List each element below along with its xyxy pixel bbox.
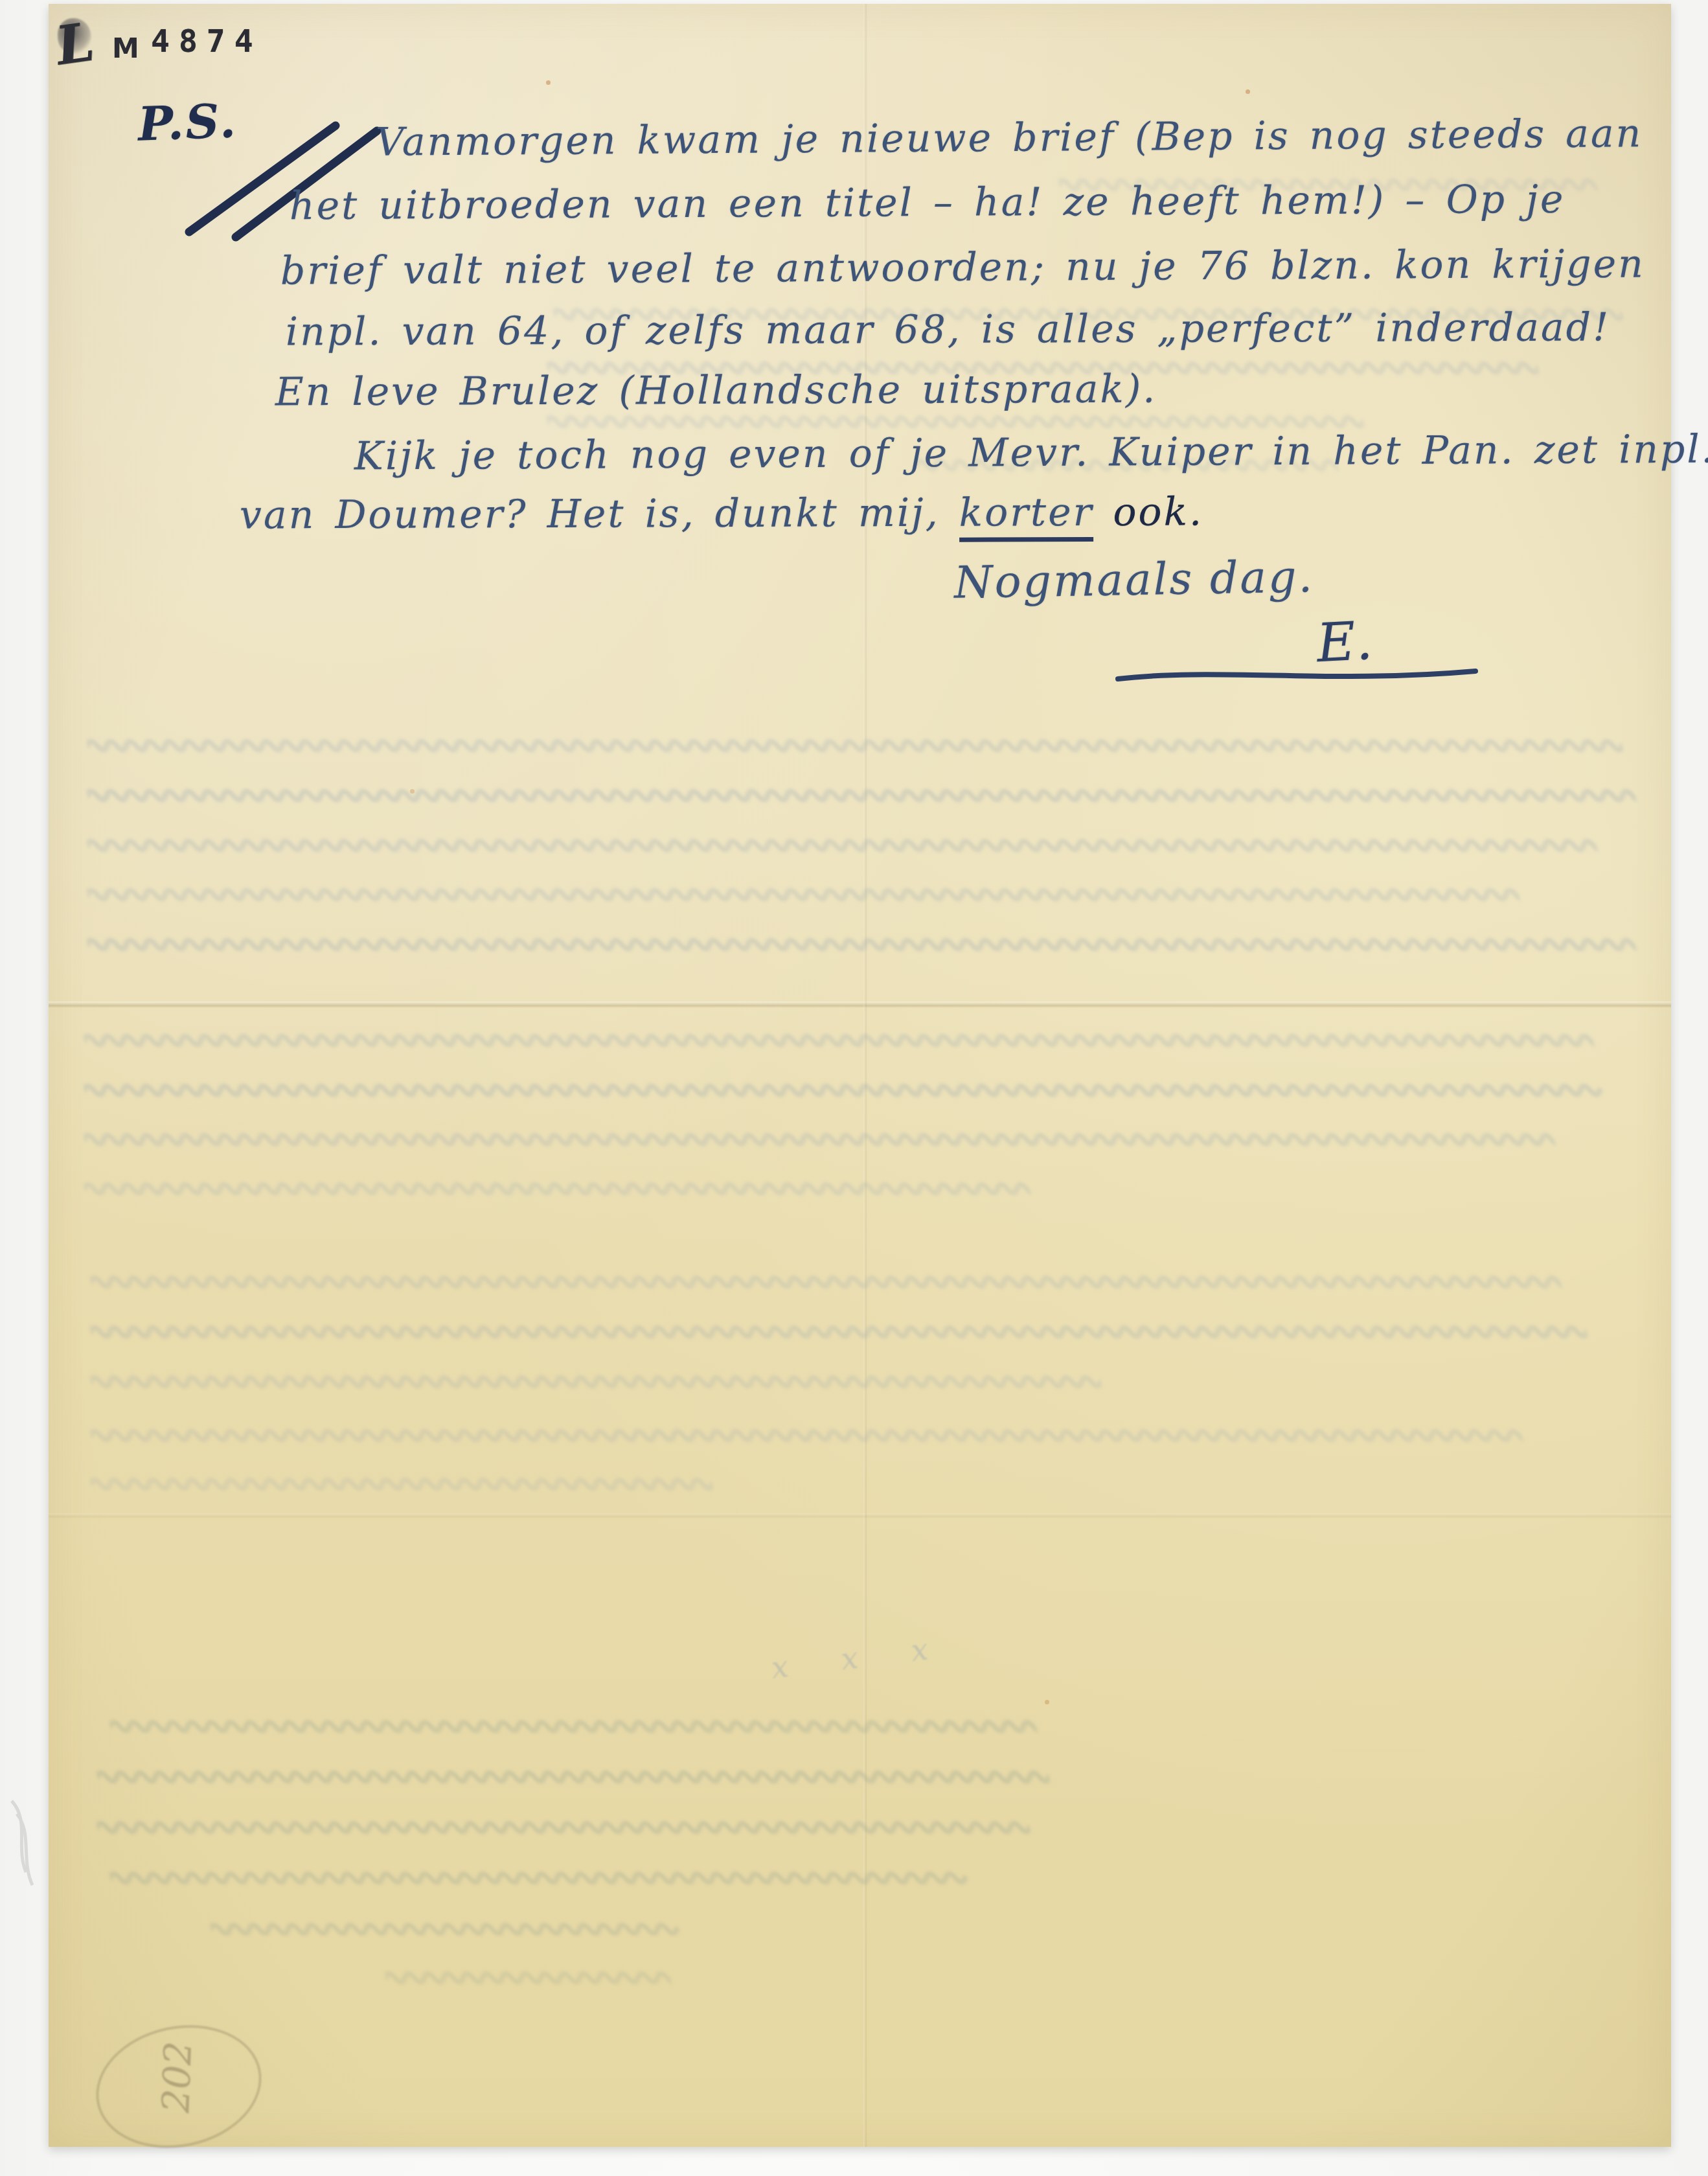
bleedthrough-line (211, 1918, 683, 1943)
bleedthrough-line (91, 1271, 1561, 1296)
bleedthrough-line (87, 834, 1597, 859)
letter-line: Vanmorgen kwam je nieuwe brief (Bep is n… (376, 111, 1643, 165)
inserted-word: ook. (1093, 489, 1203, 535)
bleedthrough-line (110, 1867, 972, 1892)
bleedthrough-line (91, 1321, 1587, 1346)
bleedthrough-line (385, 1967, 670, 1991)
closing-line: Nogmaals dag. (953, 551, 1314, 609)
line-text: van Doumer? Het is, dunkt mij, (240, 490, 959, 538)
paper-speck (410, 789, 415, 794)
paper-speck (546, 80, 551, 85)
stamp-monogram: L (52, 10, 98, 77)
archive-oval-mark: 202 (84, 2010, 273, 2163)
letter-line: Kijk je toch nog even of je Mevr. Kuiper… (354, 426, 1708, 479)
bleedthrough-line (84, 1128, 1554, 1153)
bleedthrough-separator: x x x (769, 1629, 952, 1685)
scanned-letter-page: L M 4874 P.S. Vanmorgen kwam je nieuwe b… (0, 0, 1708, 2176)
stamp-number: 4874 (151, 23, 262, 60)
letter-line: En leve Brulez (Hollandsche uitspraak). (275, 367, 1157, 415)
bleedthrough-line (84, 1029, 1593, 1054)
letter-paper: L M 4874 P.S. Vanmorgen kwam je nieuwe b… (49, 4, 1671, 2147)
letter-line: brief valt niet veel te antwoorden; nu j… (280, 241, 1645, 293)
horizontal-fold-crease (49, 1002, 1671, 1008)
bleedthrough-line (87, 785, 1635, 809)
bleedthrough-line (87, 735, 1623, 759)
bleedthrough-line (84, 1178, 1030, 1202)
bleedthrough-line (110, 1715, 1036, 1740)
letter-line: het uitbroeden van een titel – ha! ze he… (290, 177, 1566, 229)
bleedthrough-line (91, 1371, 1101, 1395)
stamp-letter: M (112, 32, 141, 64)
bleedthrough-line (91, 1473, 712, 1498)
paper-speck (1045, 1700, 1049, 1704)
bleedthrough-line (84, 1079, 1606, 1104)
letter-line: inpl. van 64, of zelfs maar 68, is alles… (286, 304, 1610, 354)
bleedthrough-line (87, 933, 1635, 958)
letter-line: van Doumer? Het is, dunkt mij, korter oo… (240, 489, 1203, 538)
archive-oval-number: 202 (154, 2041, 200, 2114)
bleedthrough-line (97, 1816, 1030, 1841)
bleedthrough-line (97, 1766, 1049, 1791)
archive-stamp: L M 4874 (56, 14, 264, 86)
paper-speck (1246, 89, 1250, 94)
margin-pencil-mark (4, 1794, 49, 1892)
signature-flourish (1114, 663, 1483, 692)
bleedthrough-line (91, 1425, 1522, 1449)
bleedthrough-line (87, 884, 1519, 908)
horizontal-fold-crease-faint (49, 1513, 1671, 1518)
underlined-word: korter (959, 490, 1094, 542)
